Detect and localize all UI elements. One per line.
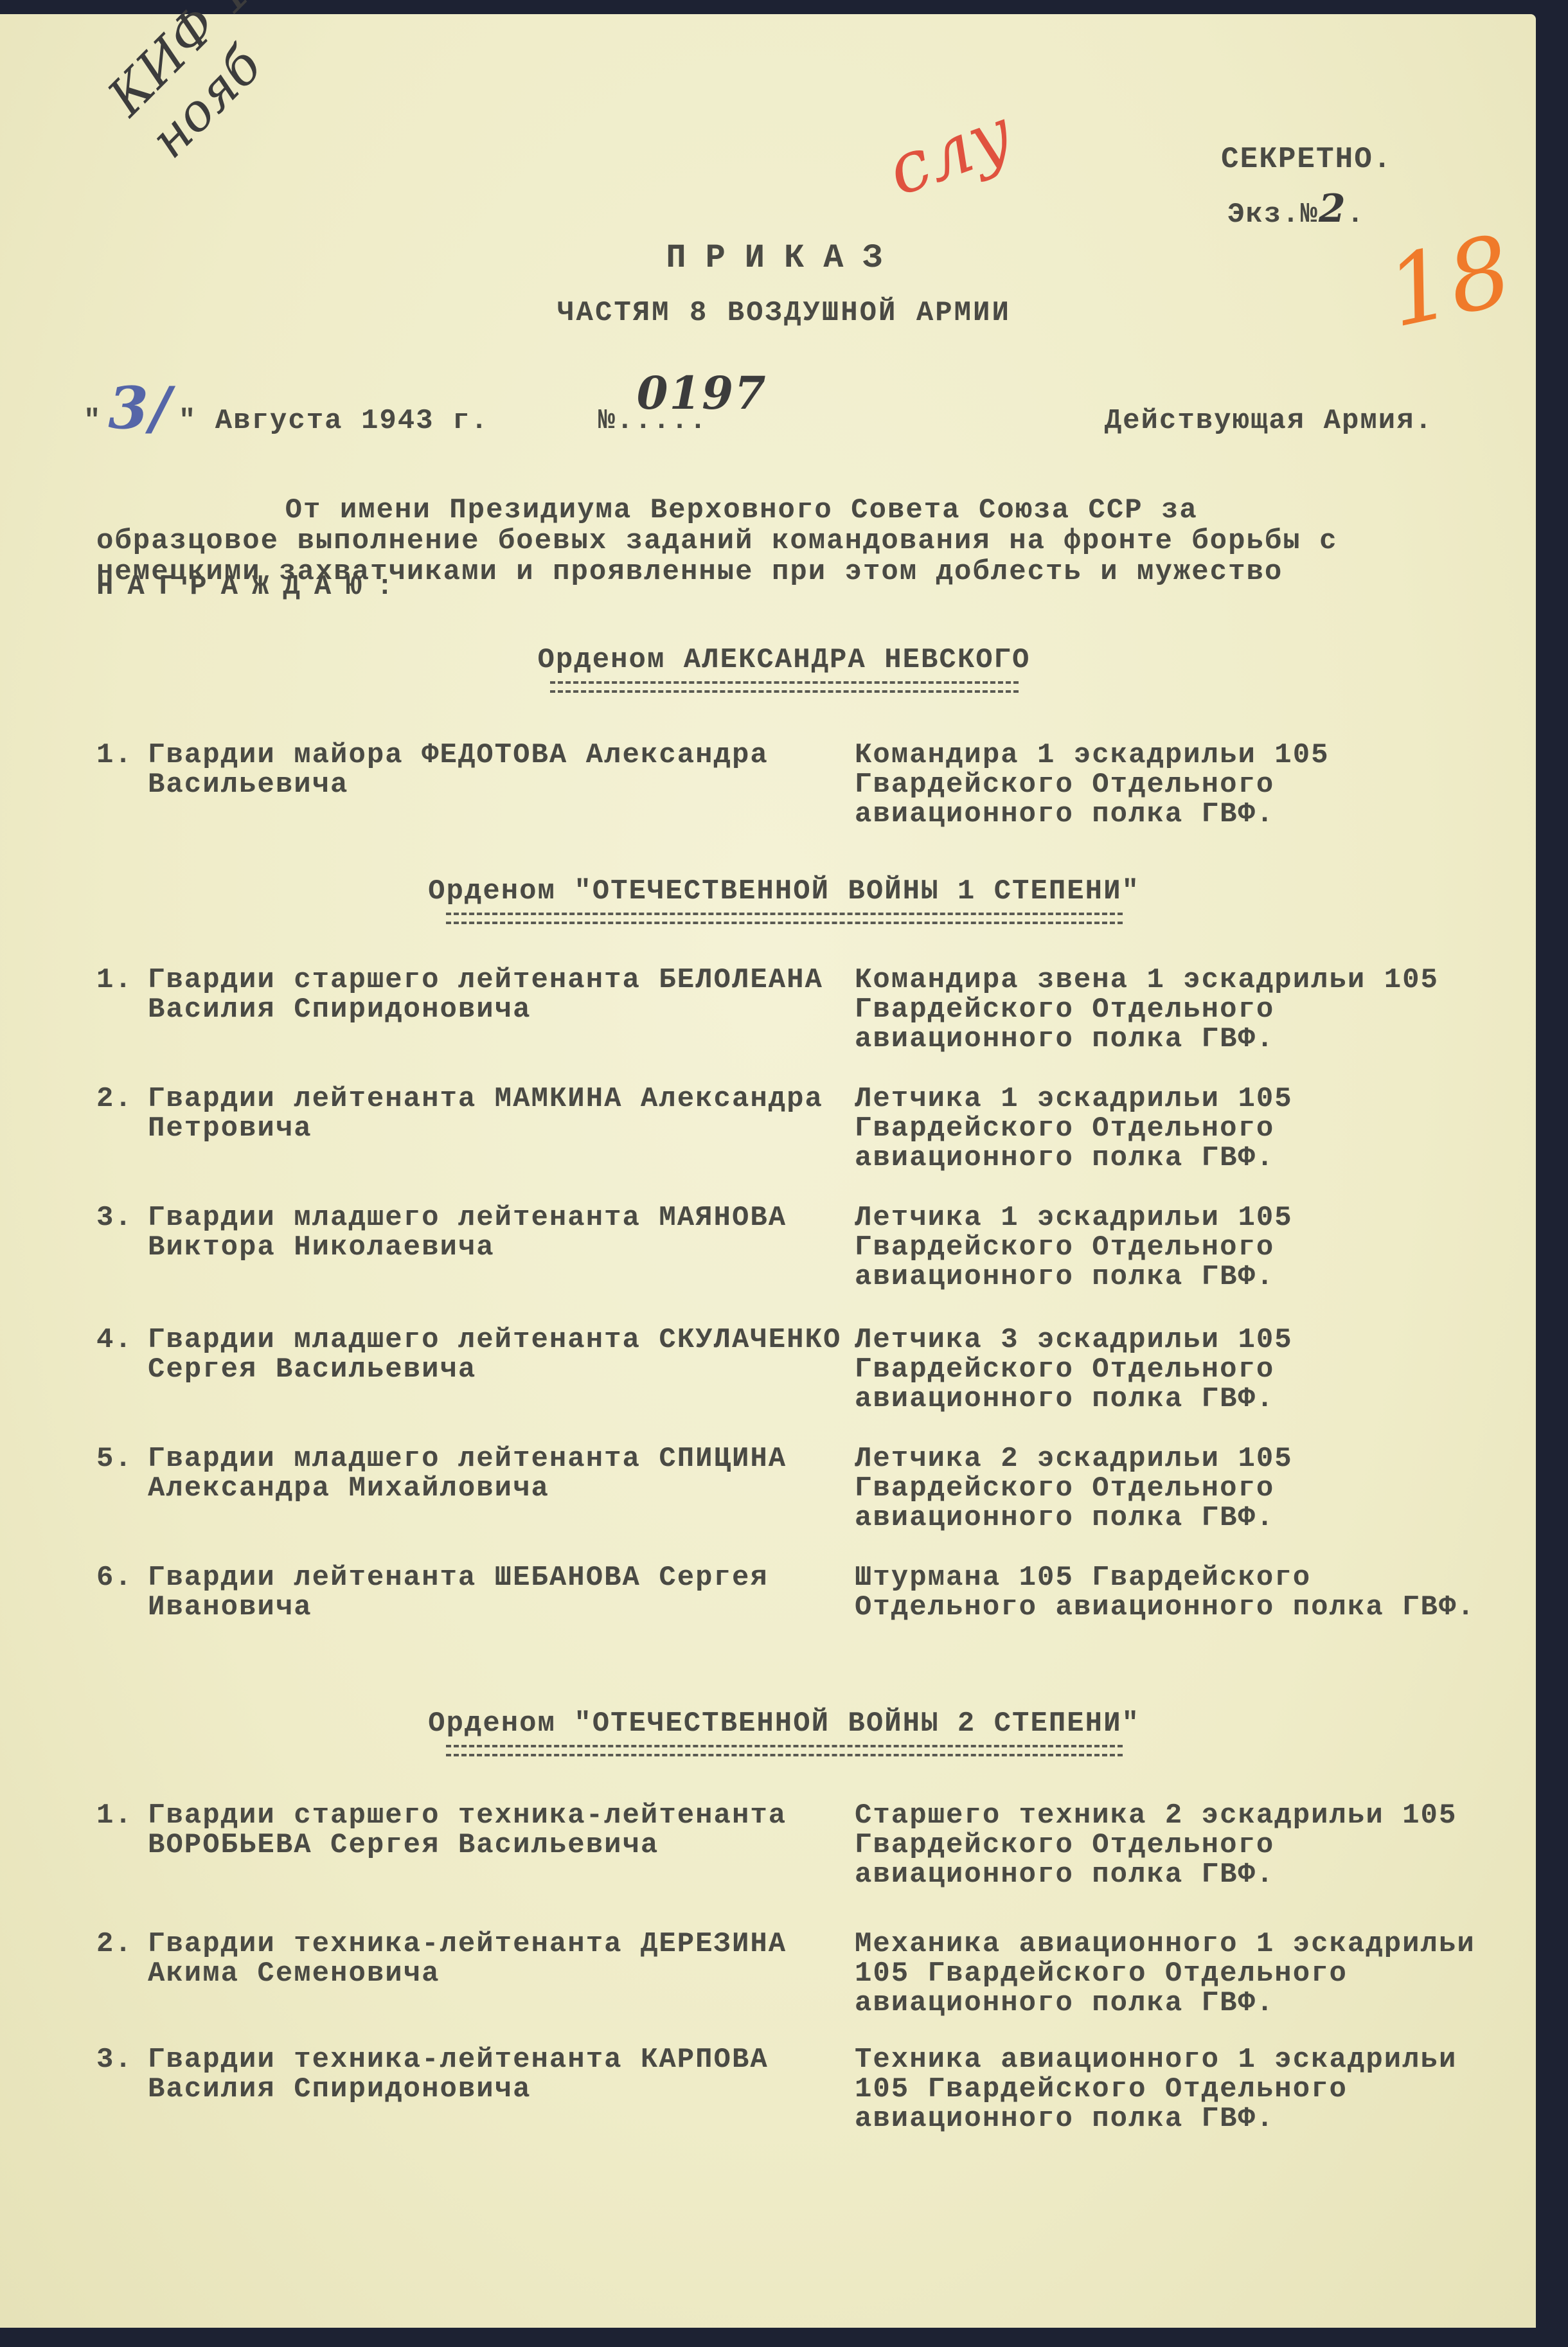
recipient-position: Командира звена 1 эскадрильи 105 Гвардей…: [855, 965, 1510, 1054]
award-number: 2.: [96, 1084, 148, 1173]
copy-number: Экз.№2.: [1227, 186, 1365, 231]
award-entry: 6.Гвардии лейтенанта ШЕБАНОВА Сергея Ива…: [96, 1563, 1510, 1622]
order-heading: Орденом "ОТЕЧЕСТВЕННОЙ ВОЙНЫ 1 СТЕПЕНИ": [0, 875, 1568, 924]
recipient-name: Гвардии младшего лейтенанта СПИЦИНА Алек…: [148, 1444, 855, 1533]
document-title: ПРИКАЗ: [0, 239, 1568, 277]
award-entry: 5.Гвардии младшего лейтенанта СПИЦИНА Ал…: [96, 1444, 1510, 1533]
copy-number-value: 2: [1319, 186, 1347, 231]
archive-annotation: КИФ 15 нояб: [96, 0, 362, 170]
award-verb: НАГРАЖДАЮ:: [96, 571, 407, 603]
copy-label: Экз.№: [1227, 199, 1319, 231]
recipient-name: Гвардии техника-лейтенанта ДЕРЕЗИНА Аким…: [148, 1929, 855, 2018]
heading-underline: [550, 681, 1019, 693]
recipient-position: Техника авиационного 1 эскадрильи 105 Гв…: [855, 2045, 1510, 2134]
award-number: 4.: [96, 1325, 148, 1414]
recipient-position: Летчика 3 эскадрильи 105 Гвардейского От…: [855, 1325, 1510, 1414]
recipient-position: Механика авиационного 1 эскадрильи 105 Г…: [855, 1929, 1510, 2018]
recipient-name: Гвардии лейтенанта ШЕБАНОВА Сергея Ивано…: [148, 1563, 855, 1622]
award-entry: 2.Гвардии техника-лейтенанта ДЕРЕЗИНА Ак…: [96, 1929, 1510, 2018]
award-entry: 1.Гвардии старшего лейтенанта БЕЛОЛЕАНА …: [96, 965, 1510, 1054]
date-month-year: " Августа 1943 г.: [179, 405, 489, 437]
award-entry: 3.Гвардии младшего лейтенанта МАЯНОВА Ви…: [96, 1203, 1510, 1292]
award-entry: 4.Гвардии младшего лейтенанта СКУЛАЧЕНКО…: [96, 1325, 1510, 1414]
award-number: 1.: [96, 740, 148, 829]
award-number: 1.: [96, 965, 148, 1054]
recipient-position: Летчика 1 эскадрильи 105 Гвардейского От…: [855, 1084, 1510, 1173]
award-number: 2.: [96, 1929, 148, 2018]
recipient-name: Гвардии старшего техника-лейтенанта ВОРО…: [148, 1801, 855, 1889]
recipient-name: Гвардии майора ФЕДОТОВА Александра Васил…: [148, 740, 855, 829]
award-entry: 1.Гвардии майора ФЕДОТОВА Александра Вас…: [96, 740, 1510, 829]
red-signature: слу: [877, 91, 1022, 211]
award-number: 1.: [96, 1801, 148, 1889]
order-number: №..... 0197: [598, 405, 708, 437]
heading-underline: [446, 913, 1123, 924]
classification-label: СЕКРЕТНО.: [1221, 143, 1392, 176]
recipient-position: Командира 1 эскадрильи 105 Гвардейского …: [855, 740, 1510, 829]
award-number: 3.: [96, 2045, 148, 2134]
recipient-name: Гвардии техника-лейтенанта КАРПОВА Васил…: [148, 2045, 855, 2134]
date-day: 3/: [108, 374, 172, 442]
document-subtitle: ЧАСТЯМ 8 ВОЗДУШНОЙ АРМИИ: [0, 297, 1568, 329]
document-page: КИФ 15 нояб слу 18 СЕКРЕТНО. Экз.№2. ПРИ…: [0, 14, 1536, 2328]
recipient-position: Старшего техника 2 эскадрильи 105 Гварде…: [855, 1801, 1510, 1889]
award-number: 6.: [96, 1563, 148, 1622]
order-heading: Орденом АЛЕКСАНДРА НЕВСКОГО: [0, 644, 1568, 693]
recipient-position: Штурмана 105 Гвардейского Отдельного ави…: [855, 1563, 1510, 1622]
order-heading: Орденом "ОТЕЧЕСТВЕННОЙ ВОЙНЫ 2 СТЕПЕНИ": [0, 1708, 1568, 1756]
award-entry: 1.Гвардии старшего техника-лейтенанта ВО…: [96, 1801, 1510, 1889]
award-entry: 2.Гвардии лейтенанта МАМКИНА Александра …: [96, 1084, 1510, 1173]
recipient-position: Летчика 2 эскадрильи 105 Гвардейского От…: [855, 1444, 1510, 1533]
order-number-value: 0197: [637, 366, 767, 420]
award-number: 3.: [96, 1203, 148, 1292]
award-entry: 3.Гвардии техника-лейтенанта КАРПОВА Вас…: [96, 2045, 1510, 2134]
recipient-position: Летчика 1 эскадрильи 105 Гвардейского От…: [855, 1203, 1510, 1292]
recipient-name: Гвардии лейтенанта МАМКИНА Александра Пе…: [148, 1084, 855, 1173]
location: Действующая Армия.: [1105, 405, 1433, 437]
award-number: 5.: [96, 1444, 148, 1533]
heading-underline: [446, 1745, 1123, 1756]
recipient-name: Гвардии старшего лейтенанта БЕЛОЛЕАНА Ва…: [148, 965, 855, 1054]
page-number-annotation: 18: [1378, 215, 1521, 350]
recipient-name: Гвардии младшего лейтенанта МАЯНОВА Викт…: [148, 1203, 855, 1292]
recipient-name: Гвардии младшего лейтенанта СКУЛАЧЕНКО С…: [148, 1325, 855, 1414]
date-line: " 3/ " Августа 1943 г. №..... 0197 Дейст…: [84, 374, 1433, 442]
